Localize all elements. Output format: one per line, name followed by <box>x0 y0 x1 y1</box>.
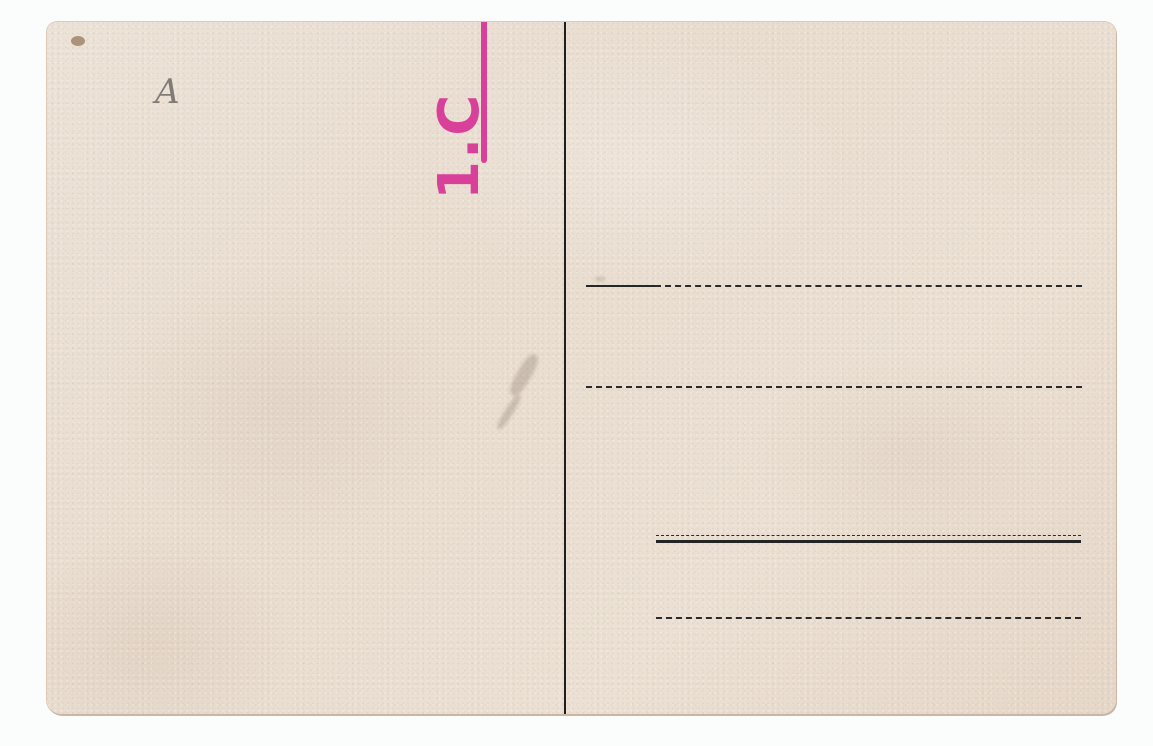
address-line-4 <box>656 617 1081 619</box>
center-divider <box>564 22 566 714</box>
pink-marker-annotation: 1.C <box>432 93 488 200</box>
address-line-3-dotted <box>656 535 1081 536</box>
address-line-3 <box>656 540 1081 543</box>
address-line-1-solid <box>586 285 655 287</box>
smudge <box>495 393 523 431</box>
stain-spot <box>71 36 85 46</box>
pencil-annotation: A <box>151 72 184 112</box>
smudge <box>506 352 541 399</box>
address-line-2 <box>586 386 1082 388</box>
postcard-back: A 1.C <box>47 22 1116 714</box>
paper-texture <box>47 22 1116 714</box>
address-line-1 <box>655 285 1082 287</box>
smudge <box>595 277 605 281</box>
